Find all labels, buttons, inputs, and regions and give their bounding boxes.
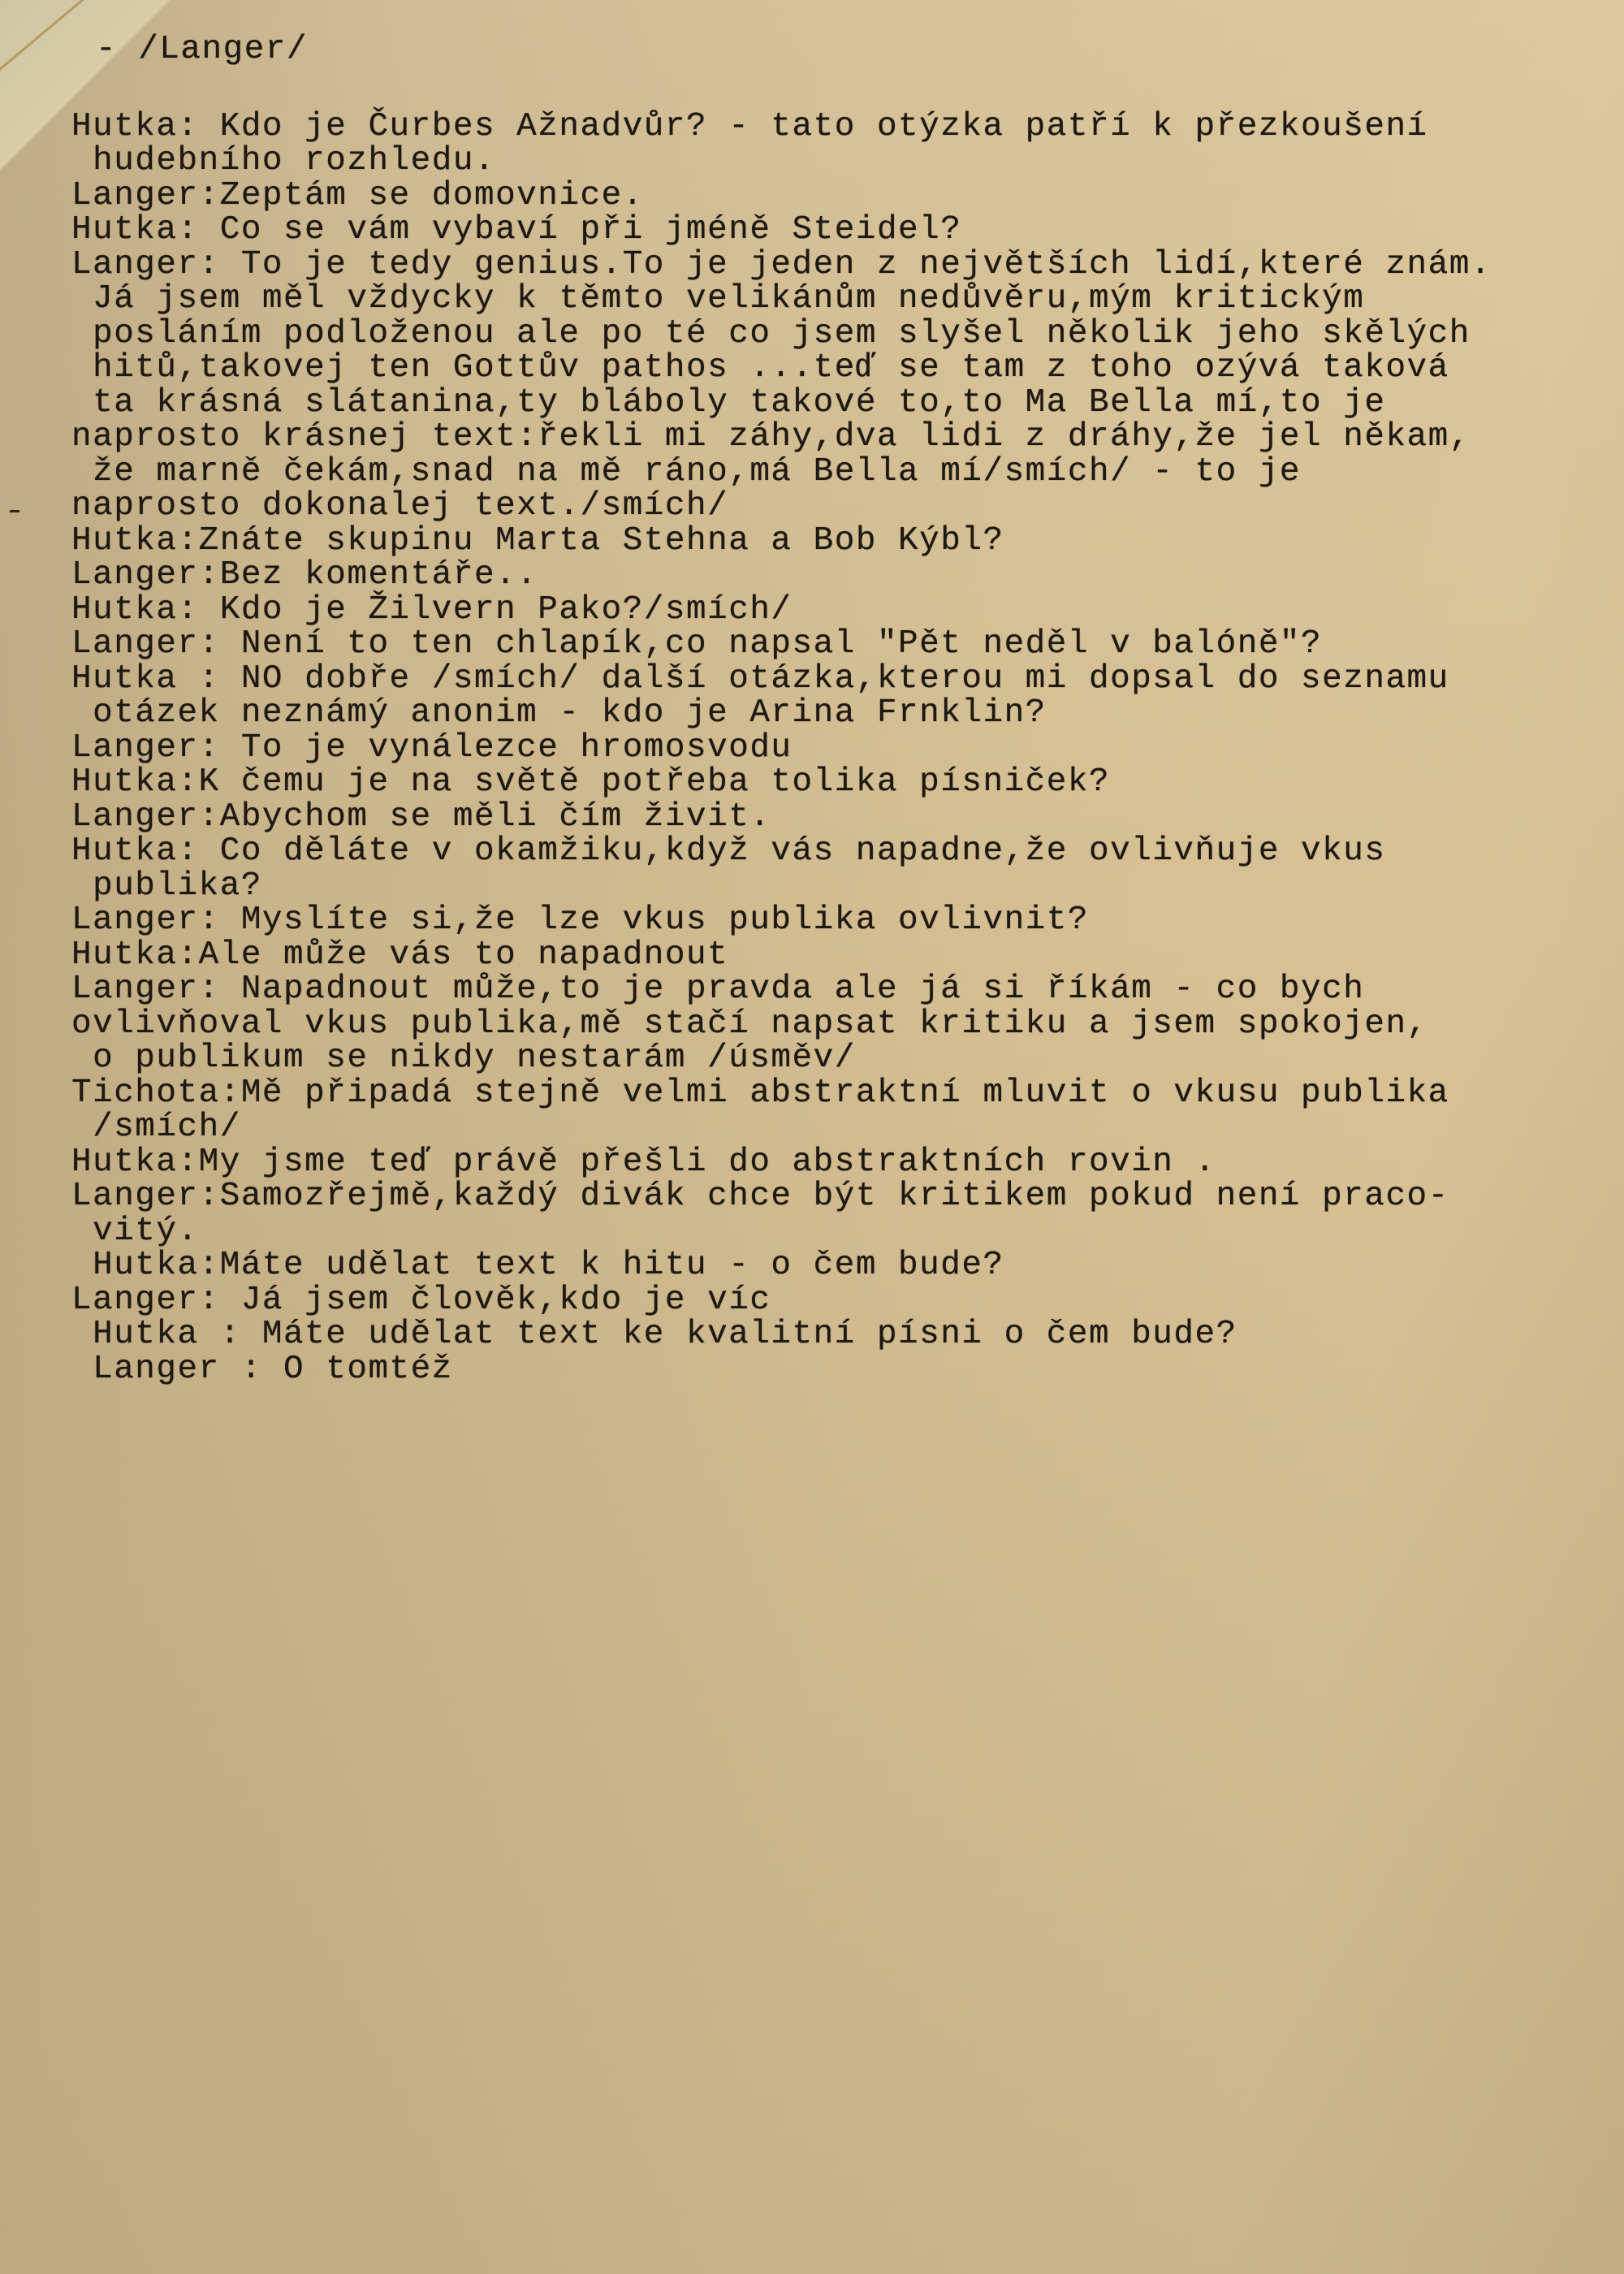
transcript-line: hitů,takovej ten Gottův pathos ...teď se…	[71, 351, 1614, 386]
transcript-line: Langer: Není to ten chlapík,co napsal "P…	[71, 627, 1614, 662]
transcript-line: že marně čekám,snad na mě ráno,má Bella …	[71, 455, 1614, 490]
transcript-line: vitý.	[71, 1214, 1614, 1249]
transcript-line: Hutka: Kdo je Žilvern Pako?/smích/	[71, 593, 1614, 628]
transcript-line: Hutka:K čemu je na světě potřeba tolika …	[71, 765, 1614, 800]
transcript-line: Hutka: Co děláte v okamžiku,když vás nap…	[71, 834, 1614, 869]
transcript-line: Langer:Zeptám se domovnice.	[71, 179, 1614, 214]
ink-mark	[10, 510, 19, 512]
transcript-line: Langer: Myslíte si,že lze vkus publika o…	[71, 903, 1614, 938]
transcript-line: ta krásná slátanina,ty bláboly takové to…	[71, 386, 1614, 421]
transcript-line: Tichota:Mě připadá stejně velmi abstrakt…	[71, 1076, 1614, 1111]
transcript-line: ovlivňoval vkus publika,mě stačí napsat …	[71, 1007, 1614, 1042]
transcript-line: Langer: To je vynálezce hromosvodu	[71, 731, 1614, 766]
transcript-line: naprosto dokonalej text./smích/	[71, 489, 1614, 524]
transcript-line: Langer: To je tedy genius.To je jeden z …	[71, 248, 1614, 283]
transcript-line: Hutka:Znáte skupinu Marta Stehna a Bob K…	[71, 524, 1614, 559]
transcript-line: hudebního rozhledu.	[71, 144, 1614, 179]
transcript-line: Hutka: Co se vám vybaví při jméně Steide…	[71, 213, 1614, 248]
typewritten-page: - /Langer/ Hutka: Kdo je Čurbes Ažnadvůr…	[71, 32, 1614, 1386]
transcript-body: Hutka: Kdo je Čurbes Ažnadvůr? - tato ot…	[71, 110, 1614, 1387]
transcript-line: publika?	[71, 869, 1614, 904]
transcript-line: Hutka:My jsme teď právě přešli do abstra…	[71, 1145, 1614, 1180]
transcript-line: Langer:Abychom se měli čím živit.	[71, 800, 1614, 835]
transcript-line: /smích/	[71, 1110, 1614, 1145]
transcript-line: Langer: Já jsem člověk,kdo je víc	[71, 1283, 1614, 1318]
transcript-line: Langer: Napadnout může,to je pravda ale …	[71, 972, 1614, 1007]
transcript-line: Hutka : Máte udělat text ke kvalitní pís…	[71, 1317, 1614, 1352]
transcript-line: Hutka : NO dobře /smích/ další otázka,kt…	[71, 662, 1614, 697]
transcript-line: naprosto krásnej text:řekli mi záhy,dva …	[71, 420, 1614, 455]
transcript-line: otázek neznámý anonim - kdo je Arina Frn…	[71, 696, 1614, 731]
transcript-line: Langer:Samozřejmě,každý divák chce být k…	[71, 1179, 1614, 1214]
transcript-line: Hutka:Máte udělat text k hitu - o čem bu…	[71, 1248, 1614, 1283]
transcript-line: Langer : O tomtéž	[71, 1352, 1614, 1387]
transcript-line: Hutka:Ale může vás to napadnout	[71, 938, 1614, 973]
transcript-line: Hutka: Kdo je Čurbes Ažnadvůr? - tato ot…	[71, 110, 1614, 145]
transcript-line: Já jsem měl vždycky k těmto velikánům ne…	[71, 282, 1614, 317]
transcript-line: posláním podloženou ale po té co jsem sl…	[71, 317, 1614, 352]
transcript-line: o publikum se nikdy nestarám /úsměv/	[71, 1041, 1614, 1076]
page-heading: - /Langer/	[96, 32, 1614, 67]
transcript-line: Langer:Bez komentáře..	[71, 558, 1614, 593]
